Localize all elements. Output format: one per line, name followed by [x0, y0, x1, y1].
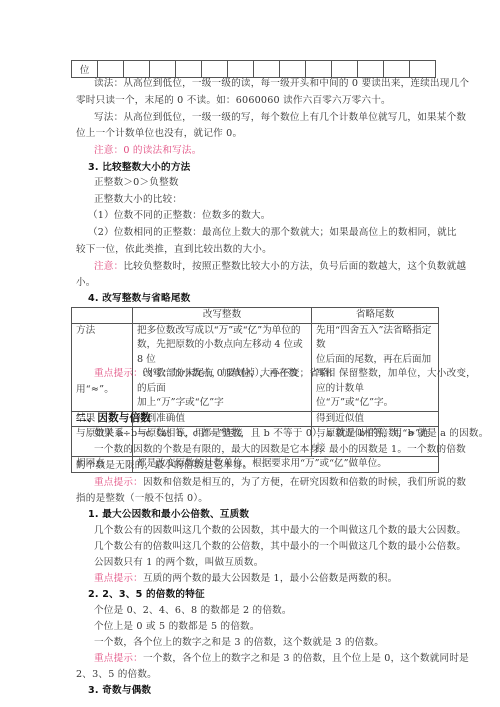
- cell-line: 把多位数改写成以“万”或“亿”为单位的: [137, 324, 307, 339]
- section3-note: 注意：比较负整数时，按照正整数比较大小的方法，负号后面的数越大，这个负数就越: [94, 260, 466, 274]
- chapter2-title: 二、因数与倍数: [76, 411, 151, 425]
- tip-text: 互质的两个数的最大公因数是 1，最小公倍数是两数的积。: [143, 573, 397, 584]
- section4-tip: 重点提示：改写：加小数点，加单位，大小不变；省略：保留整数，加单位，大小改变，: [94, 367, 476, 381]
- table-cell: [98, 61, 124, 78]
- sub2-line3: 一个数，各个位上的数字之和是 3 的倍数，这个数就是 3 的倍数。: [94, 636, 384, 650]
- chapter2-tip: 重点提示：因数和倍数是相互的，为了方便，在研究因数和倍数的时候，我们所说的数: [94, 476, 466, 490]
- section3-line1: 正整数＞0＞负整数: [94, 176, 179, 190]
- chapter2-p2-line2: 的个数是无限的，最小的倍数是它本身。: [76, 459, 252, 473]
- table-cell: [176, 61, 202, 78]
- table-cell: [384, 61, 410, 78]
- table-cell: [410, 61, 436, 78]
- table-cell: [358, 61, 384, 78]
- sub1-title: 1. 最大公因数和最小公倍数、互质数: [88, 508, 249, 522]
- sub1-tip: 重点提示：互质的两个数的最大公因数是 1，最小公倍数是两数的积。: [94, 572, 397, 586]
- sub1-line3: 公因数只有 1 的两个数，叫做互质数。: [94, 556, 264, 570]
- sub1-line1: 几个数公有的因数叫这几个数的公因数，其中最大的一个叫做这几个数的最大公因数。: [94, 524, 466, 538]
- table-cell: [124, 61, 150, 78]
- sub1-line2: 几个数公有的倍数叫这几个数的公倍数，其中最小的一个叫做这几个数的最小公倍数。: [94, 540, 466, 554]
- tip-label: 重点提示：: [94, 368, 143, 379]
- writing-rule-line2: 位上一个计数单位也没有，就记作 0。: [76, 127, 242, 141]
- note-zero: 注意：0 的读法和写法。: [94, 144, 202, 158]
- tip-label: 重点提示：: [94, 653, 143, 664]
- table-cell: [280, 61, 306, 78]
- table-cell-label: 位: [72, 61, 98, 78]
- tip-label: 重点提示：: [94, 477, 143, 488]
- tip-label: 重点提示：: [94, 573, 143, 584]
- section3-note-line2: 小。: [76, 276, 96, 290]
- tip-text: 因数和倍数是相互的，为了方便，在研究因数和倍数的时候，我们所说的数: [143, 477, 466, 488]
- table-cell: 得到准确值: [133, 411, 312, 427]
- table-header-cell: [72, 308, 133, 324]
- table-cell: [202, 61, 228, 78]
- section4-title: 4. 改写整数与省略尾数: [88, 292, 190, 306]
- cell-line: 数，先把原数的小数点向左移动 4 位或 8 位: [137, 338, 307, 367]
- sub2-tip: 重点提示：一个数，各个位上的数字之和是 3 的倍数，且个位上是 0，这个数就同时…: [94, 652, 469, 666]
- sub2-tip-line2: 2、3、5 的倍数。: [76, 668, 157, 682]
- chapter2-tip-line2: 指的是整数（一般不包括 0）。: [76, 492, 208, 506]
- table-cell: [150, 61, 176, 78]
- sub3-title: 3. 奇数与偶数: [88, 684, 151, 698]
- table-cell: [332, 61, 358, 78]
- table-cell: [306, 61, 332, 78]
- sub2-title: 2. 2、3、5 的倍数的特征: [88, 588, 205, 602]
- table-row: 位: [72, 61, 436, 78]
- section3-item2-line2: 较下一位，依此类推，直到比较出数的大小。: [76, 243, 272, 257]
- section3-item1: （1）位数不同的正整数：位数多的数大。: [88, 209, 271, 223]
- section3-item2-line1: （2）位数相同的正整数：最高位上数大的那个数就大；如果最高位上的数相同，就比: [88, 226, 457, 240]
- writing-rule-line1: 写法：从高位到低位，一级一级的写，每个数位上有几个计数单位就写几，如果某个数: [94, 111, 466, 125]
- note-text: 比较负整数时，按照正整数比较大小的方法，负号后面的数越大，这个负数就越: [123, 261, 466, 272]
- table-cell: 得到近似值: [312, 411, 439, 427]
- table-header-cell: 改写整数: [133, 308, 312, 324]
- cell-line: 应的计数单位“万”或“亿”字。: [316, 382, 434, 411]
- section4-tip-line2: 用“≈”。: [76, 383, 114, 397]
- sub2-line1: 个位是 0、2、4、6、8 的数都是 2 的倍数。: [94, 604, 292, 618]
- table-cell: [228, 61, 254, 78]
- reading-rule-line2: 零时只读一个，末尾的 0 不读。如：6060060 读作六百零六万零六十。: [76, 94, 391, 108]
- place-value-table: 位: [71, 60, 436, 78]
- cell-line: 先用“四舍五入”法省略指定数: [316, 324, 434, 353]
- table-header-row: 改写整数 省略尾数: [72, 308, 439, 324]
- chapter2-p1: 如果 a÷b=c（a、b、c 都是整数，且 b 不等于 0），a 就是 b 的倍…: [94, 427, 488, 441]
- reading-rule-line1: 读法：从高位到低位，一级一级的读，每一级开头和中间的 0 要读出来，连续出现几个: [94, 77, 469, 91]
- tip-text: 改写：加小数点，加单位，大小不变；省略：保留整数，加单位，大小改变，: [143, 368, 476, 379]
- note-label: 注意：: [94, 261, 123, 272]
- tip-text: 一个数，各个位上的数字之和是 3 的倍数，且个位上是 0，这个数就同时是: [143, 653, 469, 664]
- table-header-cell: 省略尾数: [312, 308, 439, 324]
- section3-line2: 正整数大小的比较：: [94, 193, 182, 207]
- table-cell: [254, 61, 280, 78]
- sub2-line2: 个位上是 0 或 5 的数都是 5 的倍数。: [94, 620, 260, 634]
- cell-line: 加上“万”字或“亿”字: [137, 396, 307, 411]
- document-page: 位 读法：从高位到低位，一级一级的读，每一级开头和中间的 0 要读出来，连续出现…: [0, 0, 500, 707]
- chapter2-p2-line1: 一个数的因数的个数是有限的，最大的因数是它本身，最小的因数是 1。一个数的倍数: [94, 443, 466, 457]
- section3-title: 3. 比较整数大小的方法: [88, 161, 190, 175]
